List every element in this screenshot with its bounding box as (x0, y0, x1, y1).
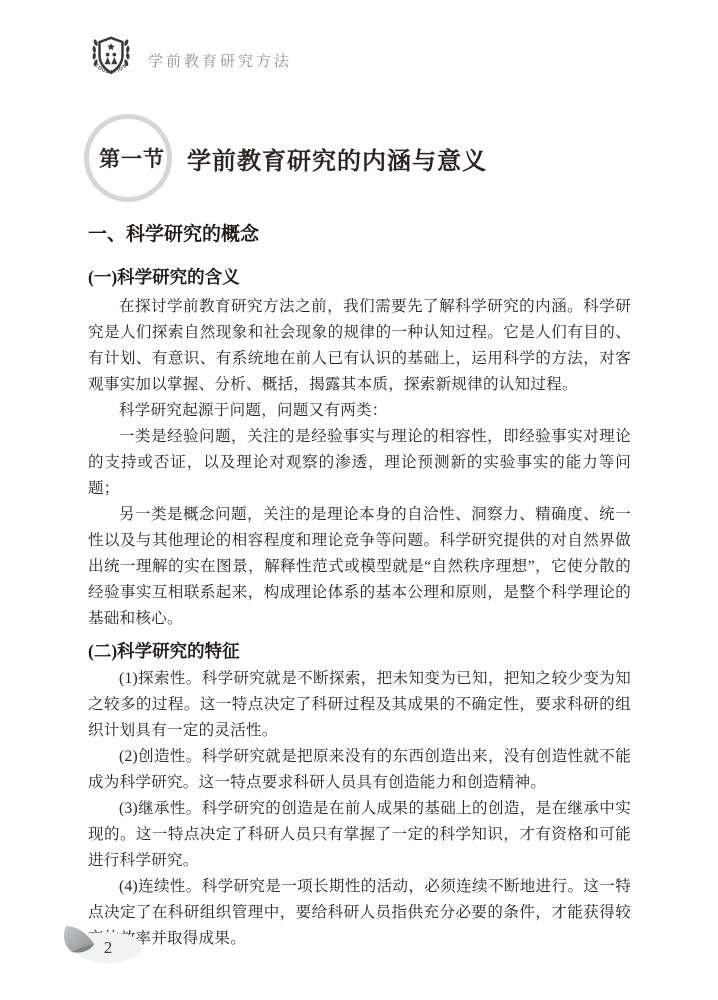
education-emblem-icon: EDUCATION (88, 33, 134, 81)
book-title: 学前教育研究方法 (148, 44, 292, 71)
paragraph: 另一类是概念问题，关注的是理论本身的自洽性、洞察力、精确度、统一性以及与其他理论… (88, 502, 631, 632)
page-content: 一、科学研究的概念 (一)科学研究的含义 在探讨学前教育研究方法之前，我们需要先… (88, 222, 631, 952)
section-title: 学前教育研究的内涵与意义 (187, 141, 487, 176)
feature-item: (1)探索性。科学研究就是不断探索，把未知变为已知，把知之较少变为知之较多的过程… (88, 666, 631, 744)
page-footer: 2 (58, 918, 178, 968)
feature-item: (2)创造性。科学研究就是把原来没有的东西创造出来，没有创造性就不能成为科学研究… (88, 744, 631, 796)
laurel-right-icon (124, 39, 130, 67)
subheading-meaning: (一)科学研究的含义 (88, 264, 631, 290)
running-head: EDUCATION 学前教育研究方法 (88, 33, 292, 81)
subheading-features: (二)科学研究的特征 (88, 638, 631, 664)
feature-item: (3)继承性。科学研究的创造是在前人成果的基础上的创造，是在继承中实现的。这一特… (88, 796, 631, 874)
paragraph: 在探讨学前教育研究方法之前，我们需要先了解科学研究的内涵。科学研究是人们探索自然… (88, 294, 631, 398)
heading-concept: 一、科学研究的概念 (88, 222, 631, 248)
section-number: 第一节 (84, 114, 180, 202)
page-number: 2 (104, 938, 113, 958)
paragraph: 一类是经验问题，关注的是经验事实与理论的相容性，即经验事实对理论的支持或否证，以… (88, 424, 631, 502)
leaf-icon (58, 922, 104, 962)
book-page: EDUCATION 学前教育研究方法 第一节 学前教育研究的内涵与意义 一、科学… (0, 0, 718, 1000)
laurel-left-icon (92, 39, 98, 67)
paragraph: 科学研究起源于问题，问题又有两类： (88, 398, 631, 424)
